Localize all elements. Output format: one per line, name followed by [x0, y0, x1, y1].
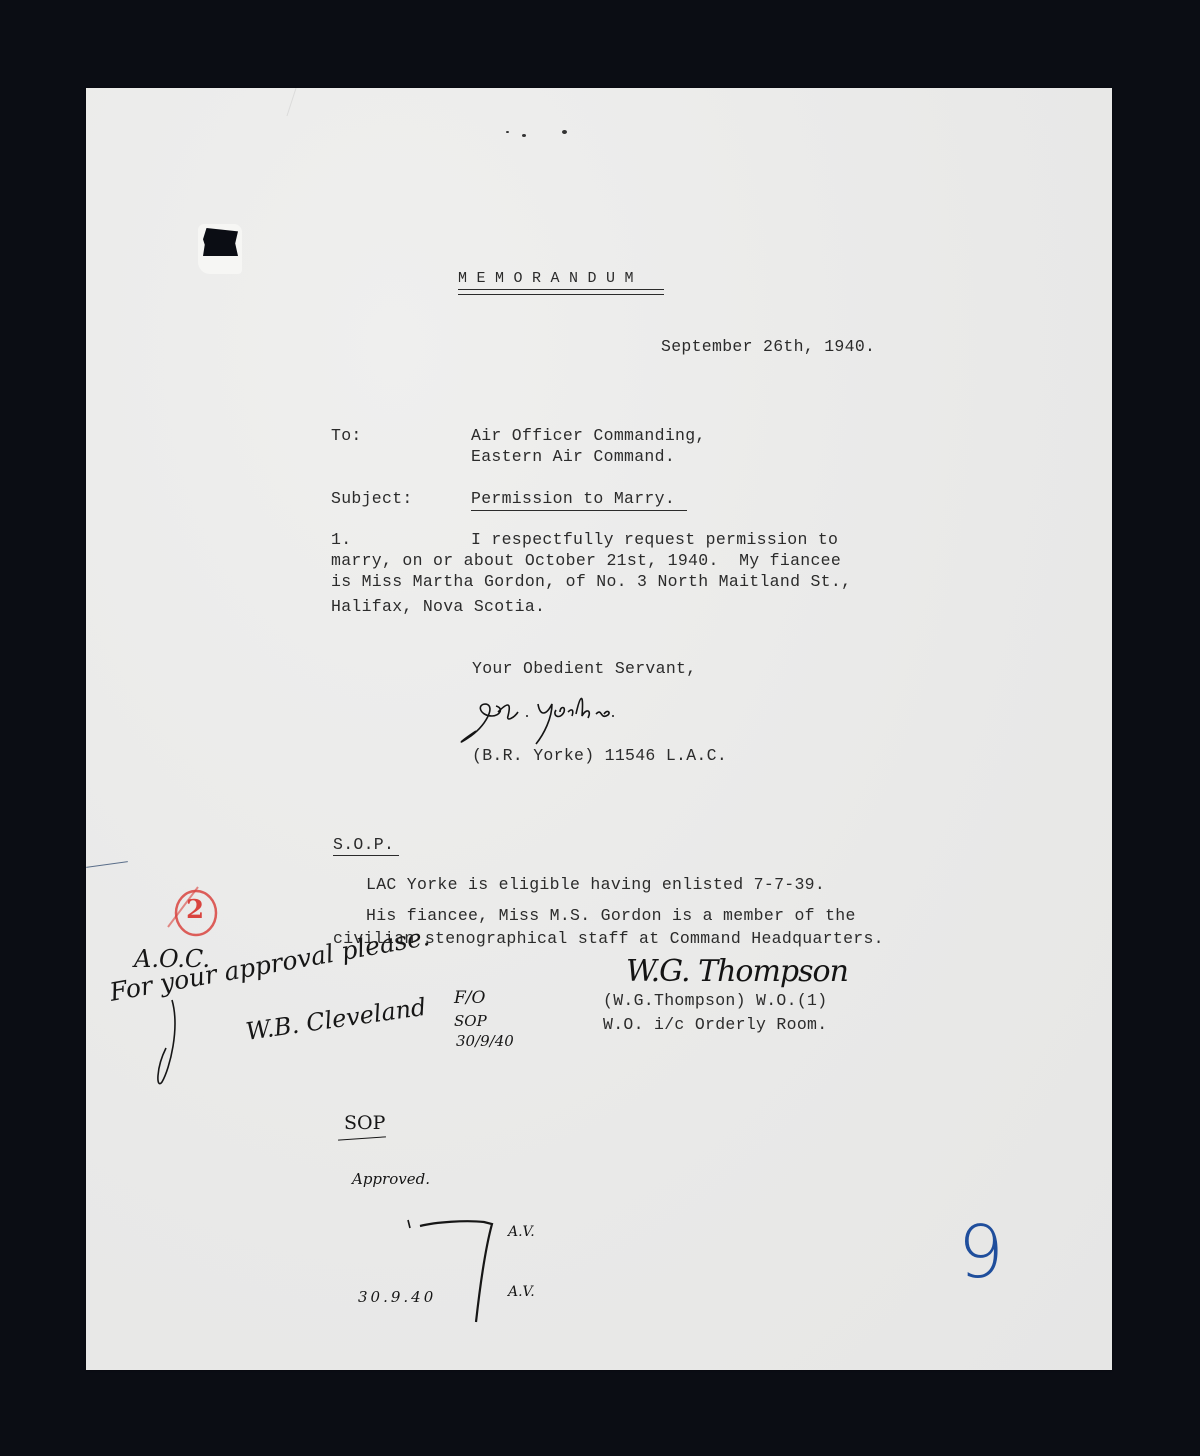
memorandum-page: MEMORANDUM September 26th, 1940. To: Air… [86, 88, 1112, 1370]
sop-note-heading: SOP [344, 1112, 385, 1134]
sop-heading-underline [333, 855, 399, 856]
closing-text: Your Obedient Servant, [472, 658, 696, 679]
approval-date: 30/9/40 [456, 1032, 514, 1050]
body-line-2: marry, on or about October 21st, 1940. M… [331, 550, 841, 571]
yorke-signature-ink [456, 686, 676, 748]
memo-title: MEMORANDUM [458, 268, 643, 289]
to-label: To: [331, 425, 362, 446]
approver-initials-1: A.V. [508, 1224, 535, 1240]
ink-speck [522, 134, 526, 137]
subject-underline [471, 510, 687, 511]
torn-punch-hole [198, 224, 240, 272]
sop-note-underline [338, 1136, 386, 1140]
page-number: 9 [958, 1210, 1004, 1294]
yorke-signature: B.R. Yorke. [460, 688, 466, 689]
subject-label: Subject: [331, 488, 413, 509]
sop-heading: S.O.P. [333, 834, 394, 855]
memo-date: September 26th, 1940. [661, 336, 875, 357]
pen-stray-mark [86, 861, 128, 868]
ink-speck [506, 131, 509, 133]
approval-office: SOP [454, 1012, 487, 1030]
thompson-typed-name: (W.G.Thompson) W.O.(1) [603, 990, 827, 1011]
approved-note: Approved. [352, 1170, 430, 1188]
approval-rank: F/O [454, 988, 485, 1008]
sop-line-1: LAC Yorke is eligible having enlisted 7-… [366, 874, 825, 895]
thompson-signature: W.G. Thompson [626, 954, 848, 989]
to-line-1: Air Officer Commanding, [471, 425, 706, 446]
approval-bracket-mark [406, 1216, 506, 1326]
thompson-title: W.O. i/c Orderly Room. [603, 1014, 827, 1035]
to-line-2: Eastern Air Command. [471, 446, 675, 467]
handwriting-loop [152, 998, 192, 1088]
yorke-typed-name: (B.R. Yorke) 11546 L.A.C. [472, 745, 727, 766]
approval-final-date: 30.9.40 [358, 1288, 436, 1306]
body-line-3: is Miss Martha Gordon, of No. 3 North Ma… [331, 571, 851, 592]
approval-signature: W.B. Cleveland [244, 993, 428, 1046]
body-line-1: I respectfully request permission to [471, 529, 838, 550]
red-circled-number: 2 [186, 895, 204, 925]
title-double-underline [458, 289, 664, 295]
approver-initials-2: A.V. [508, 1284, 535, 1300]
body-line-4: Halifax, Nova Scotia. [331, 596, 545, 617]
subject-text: Permission to Marry. [471, 488, 675, 509]
paper-crease [286, 88, 310, 116]
sop-line-2: His fiancee, Miss M.S. Gordon is a membe… [366, 905, 856, 926]
ink-speck [562, 130, 567, 134]
paragraph-number: 1. [331, 529, 351, 550]
